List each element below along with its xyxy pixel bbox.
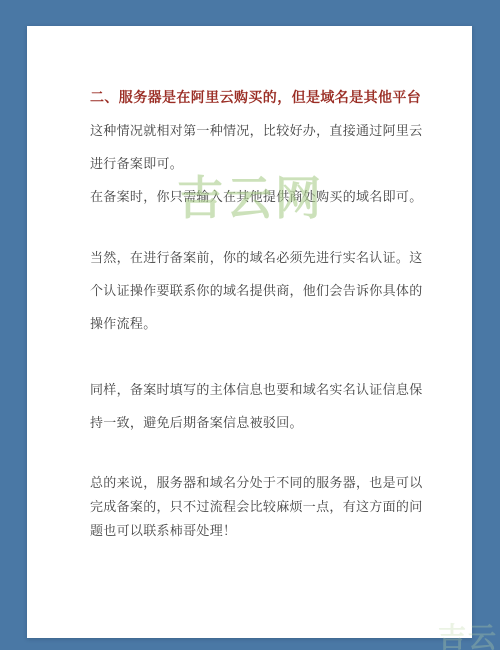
article-heading: 二、服务器是在阿里云购买的，但是域名是其他平台 — [90, 81, 437, 114]
paragraph-4-line-1: 同样，备案时填写的主体信息也要和域名实名认证信息保 — [90, 373, 437, 406]
paragraph-3: 当然，在进行备案前，你的域名必须先进行实名认证。这 个认证操作要联系你的域名提供… — [90, 241, 437, 340]
paragraph-3-line-1: 当然，在进行备案前，你的域名必须先进行实名认证。这 — [90, 241, 437, 274]
paragraph-5: 总的来说，服务器和域名分处于不同的服务器，也是可以 完成备案的，只不过流程会比较… — [90, 471, 437, 543]
paragraph-1-line-1: 这种情况就相对第一种情况，比较好办，直接通过阿里云 — [90, 114, 437, 147]
paragraph-5-line-2: 完成备案的，只不过流程会比较麻烦一点，有这方面的问 — [90, 495, 437, 519]
paragraph-3-line-3: 操作流程。 — [90, 307, 437, 340]
paragraph-2: 在备案时，你只需输入在其他提供商处购买的域名即可。 — [90, 180, 437, 213]
paragraph-5-line-1: 总的来说，服务器和域名分处于不同的服务器，也是可以 — [90, 471, 437, 495]
paragraph-5-line-3: 题也可以联系柿哥处理！ — [90, 519, 437, 543]
page-background: { "page": { "background_color": "#4a78a5… — [0, 0, 500, 650]
paragraph-4: 同样，备案时填写的主体信息也要和域名实名认证信息保 持一致，避免后期备案信息被驳… — [90, 373, 437, 439]
paragraph-3-line-2: 个认证操作要联系你的域名提供商，他们会告诉你具体的 — [90, 274, 437, 307]
paragraph-4-line-2: 持一致，避免后期备案信息被驳回。 — [90, 406, 437, 439]
paragraph-1: 这种情况就相对第一种情况，比较好办，直接通过阿里云 进行备案即可。 — [90, 114, 437, 180]
paragraph-2-line-1: 在备案时，你只需输入在其他提供商处购买的域名即可。 — [90, 180, 437, 213]
paragraph-1-line-2: 进行备案即可。 — [90, 147, 437, 180]
article-card: 二、服务器是在阿里云购买的，但是域名是其他平台 这种情况就相对第一种情况，比较好… — [27, 26, 472, 638]
